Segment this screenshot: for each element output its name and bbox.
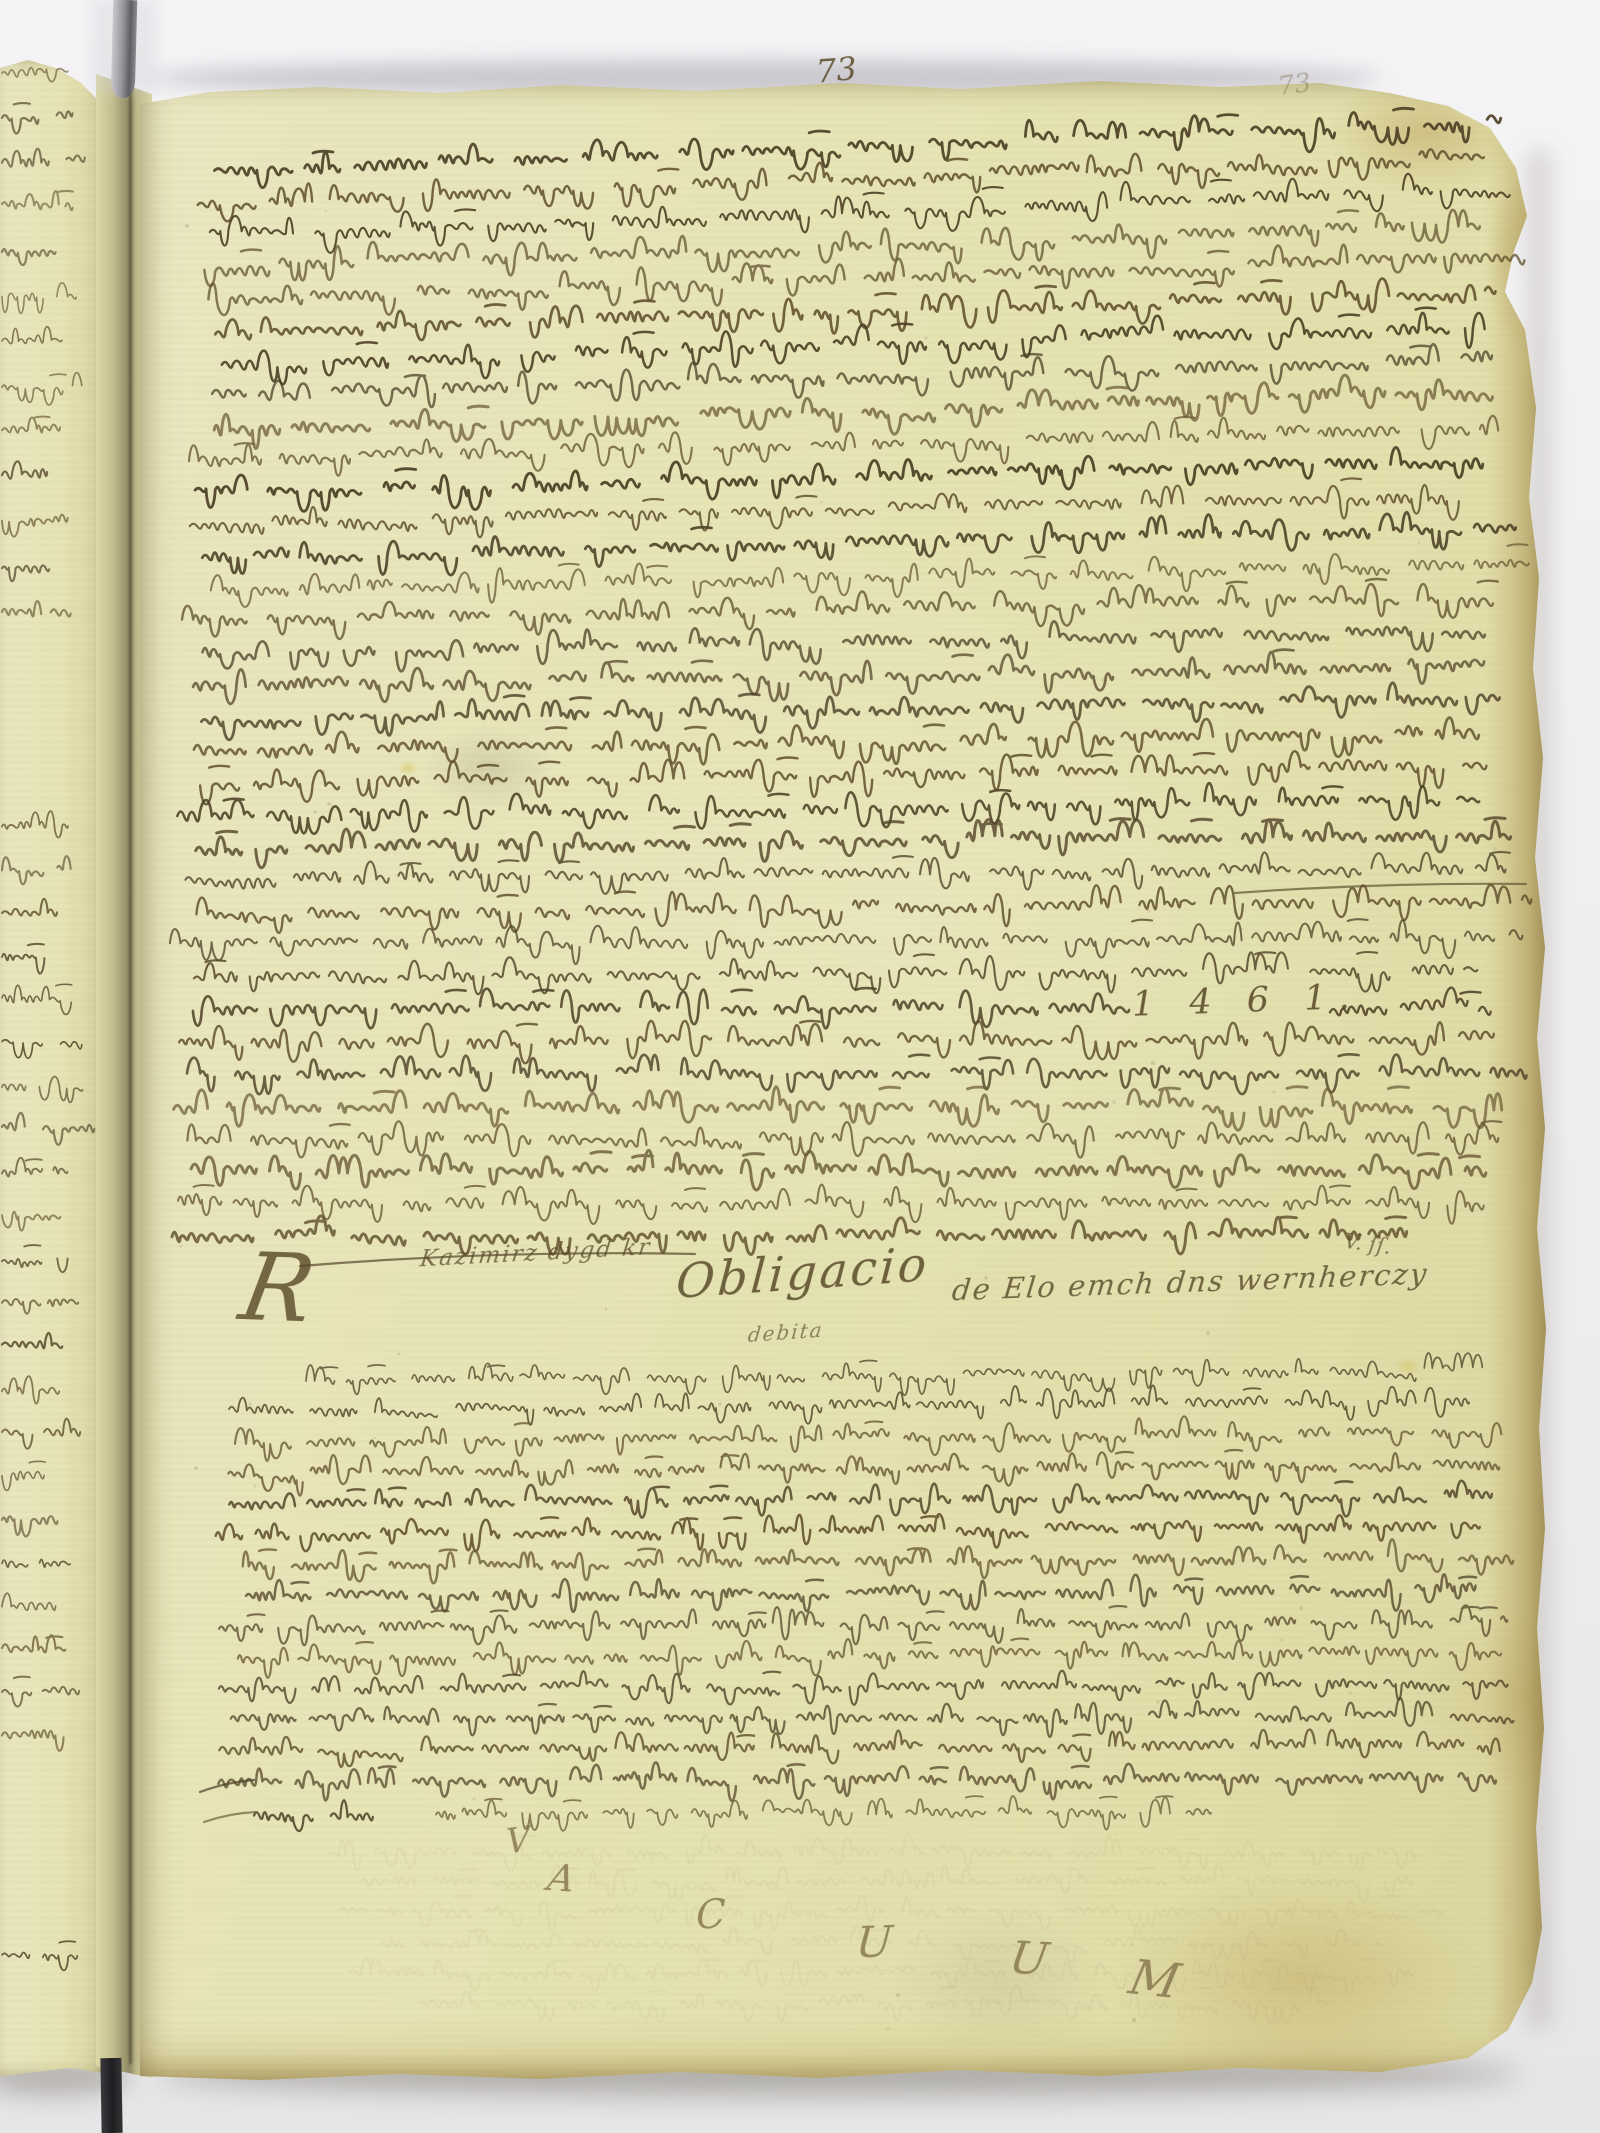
book-clamp-bottom bbox=[100, 2058, 122, 2133]
heading-debita: debita bbox=[747, 1319, 825, 1344]
facing-page-edge bbox=[0, 56, 110, 2080]
manuscript-photo: 73 73 R Kazimirz dygd kr Obligacio debit… bbox=[0, 0, 1600, 2133]
pen-trial-letter-u2: U bbox=[1006, 1935, 1051, 1982]
year-digits-1461: 1 4 6 1. bbox=[1131, 980, 1362, 1023]
book-clamp-top bbox=[111, 0, 138, 98]
pen-trial-letter-u: U bbox=[855, 1921, 894, 1965]
page-number-faint: 73 bbox=[1276, 70, 1312, 100]
manuscript-page bbox=[140, 78, 1548, 2080]
pen-trial-letter-m: M bbox=[1125, 1954, 1184, 2006]
gutter-crease-line bbox=[129, 82, 132, 2064]
pen-trial-letter-c: C bbox=[696, 1894, 726, 1936]
pen-trial-letter-v: V bbox=[506, 1822, 532, 1860]
page-number: 73 bbox=[815, 53, 858, 88]
